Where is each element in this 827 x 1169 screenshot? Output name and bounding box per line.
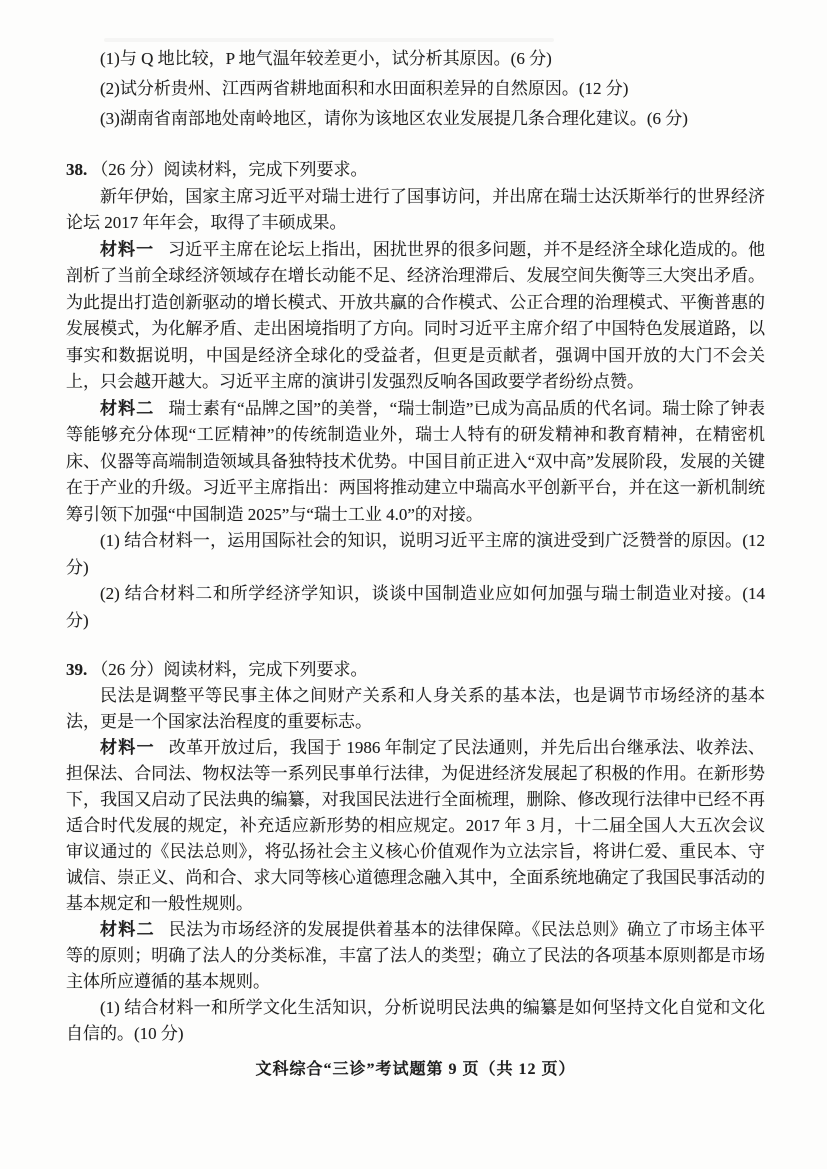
question-39-intro: 民法是调整平等民事主体之间财产关系和人身关系的基本法，也是调节市场经济的基本法，… [66,683,765,735]
question-37-subquestion-3: (3)湖南省南部地处南岭地区，请你为该地区农业发展提几条合理化建议。(6 分) [66,104,765,134]
material-2-label: 材料二 [100,399,154,418]
material-2-text: 瑞士素有“品牌之国”的美誉，“瑞士制造”已成为高品质的代名词。瑞士除了钟表等能够… [66,399,765,524]
question-38-material-1: 材料一习近平主席在论坛上指出，困扰世界的很多问题，并不是经济全球化造成的。他剖析… [66,237,765,396]
page-footer: 文科综合“三诊”考试题第 9 页（共 12 页） [66,1057,765,1083]
question-39-material-1: 材料一改革开放过后，我国于 1986 年制定了民法通则，并先后出台继承法、收养法… [66,735,765,917]
material-1-label: 材料一 [100,738,155,757]
question-38-intro: 新年伊始，国家主席习近平对瑞士进行了国事访问，并出席在瑞士达沃斯举行的世界经济论… [66,184,765,237]
question-39-number: 39. [66,660,87,679]
material-1-text: 改革开放过后，我国于 1986 年制定了民法通则，并先后出台继承法、收养法、担保… [66,738,765,913]
material-1-text: 习近平主席在论坛上指出，困扰世界的很多问题，并不是经济全球化造成的。他剖析了当前… [66,240,765,392]
material-1-label: 材料一 [100,240,154,259]
question-38-subquestion-1: (1) 结合材料一，运用国际社会的知识，说明习近平主席的演进受到广泛赞誉的原因。… [66,528,765,581]
question-39-material-2: 材料二民法为市场经济的发展提供着基本的法律保障。《民法总则》确立了市场主体平等的… [66,917,765,995]
question-38: 38.（26 分）阅读材料，完成下列要求。 新年伊始，国家主席习近平对瑞士进行了… [66,157,765,634]
material-2-label: 材料二 [100,920,155,939]
question-39-subquestion-1: (1) 结合材料一和所学文化生活知识，分析说明民法典的编纂是如何坚持文化自觉和文… [66,995,765,1047]
exam-paper-page: (1)与 Q 地比较，P 地气温年较差更小，试分析其原因。(6 分) (2)试分… [0,0,827,1169]
material-2-text: 民法为市场经济的发展提供着基本的法律保障。《民法总则》确立了市场主体平等的原则；… [66,920,765,991]
question-39: 39.（26 分）阅读材料，完成下列要求。 民法是调整平等民事主体之间财产关系和… [66,657,765,1047]
question-38-subquestion-2: (2) 结合材料二和所学经济学知识，谈谈中国制造业应如何加强与瑞士制造业对接。(… [66,581,765,634]
question-39-heading: 39.（26 分）阅读材料，完成下列要求。 [66,657,765,683]
question-38-heading: 38.（26 分）阅读材料，完成下列要求。 [66,157,765,184]
scan-smudge-artifact [104,38,554,42]
question-38-number: 38. [66,160,87,179]
question-38-heading-text: （26 分）阅读材料，完成下列要求。 [91,160,367,179]
question-38-material-2: 材料二瑞士素有“品牌之国”的美誉，“瑞士制造”已成为高品质的代名词。瑞士除了钟表… [66,396,765,529]
question-37-subquestions: (1)与 Q 地比较，P 地气温年较差更小，试分析其原因。(6 分) (2)试分… [66,44,765,134]
question-39-heading-text: （26 分）阅读材料，完成下列要求。 [91,660,367,679]
question-37-subquestion-1: (1)与 Q 地比较，P 地气温年较差更小，试分析其原因。(6 分) [66,44,765,74]
question-37-subquestion-2: (2)试分析贵州、江西两省耕地面积和水田面积差异的自然原因。(12 分) [66,74,765,104]
